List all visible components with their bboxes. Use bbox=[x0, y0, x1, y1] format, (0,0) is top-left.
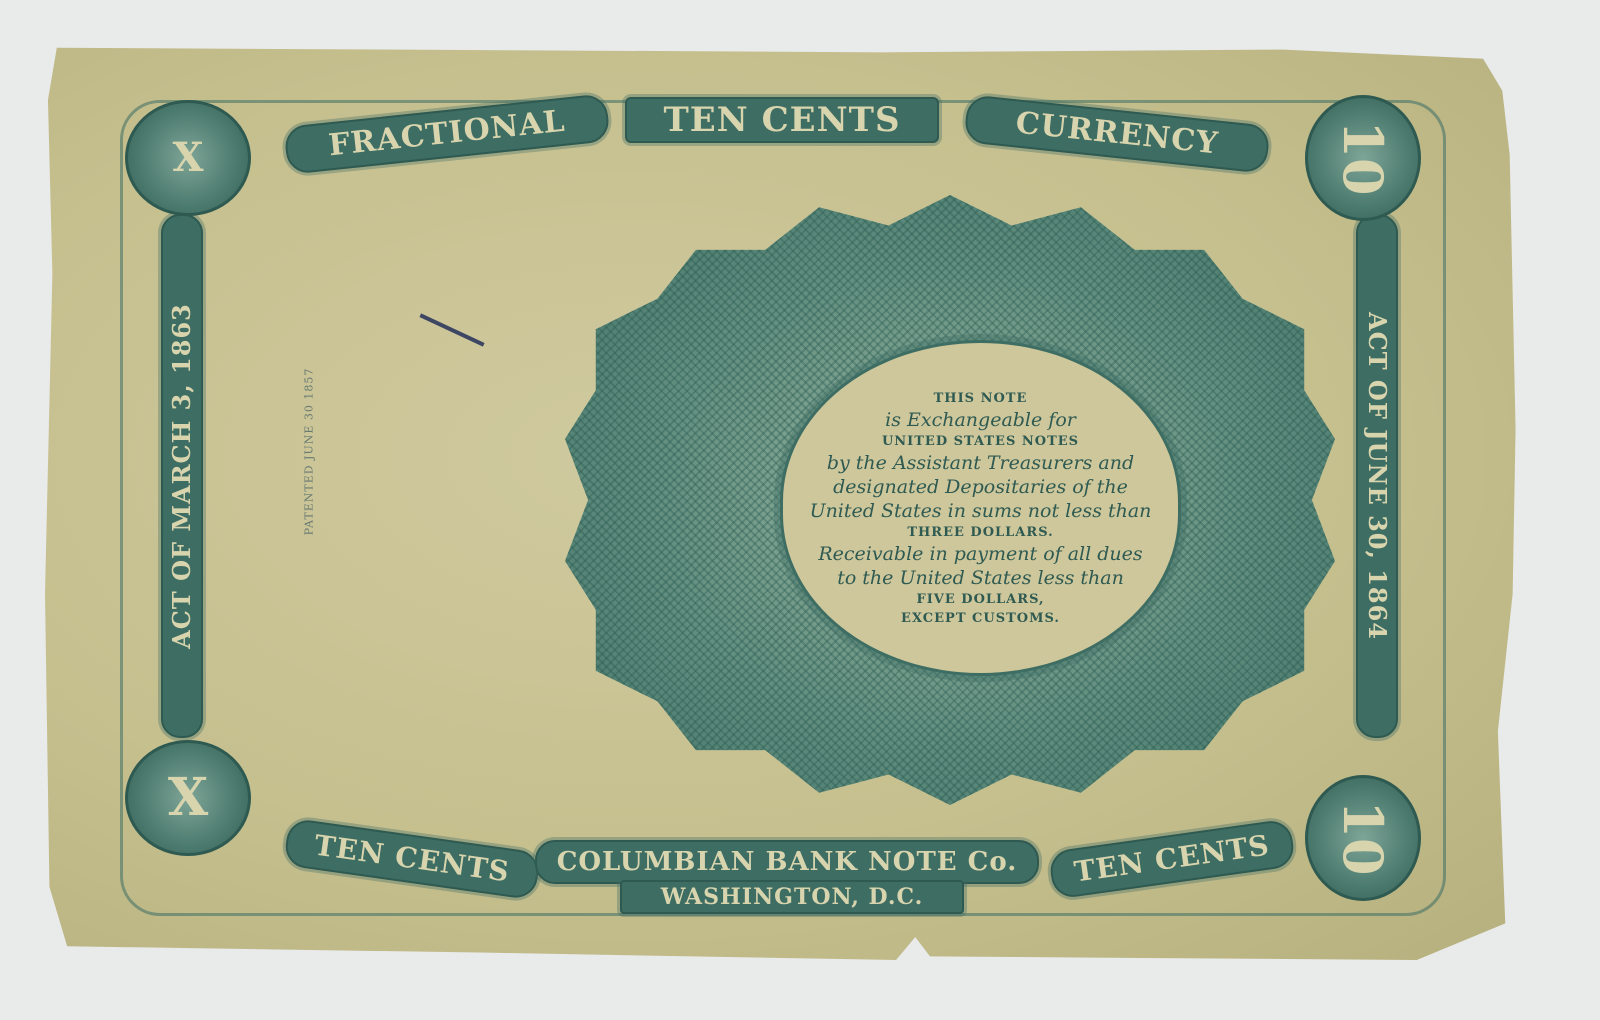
cartouche-line: Receivable in payment of all dues bbox=[818, 543, 1142, 565]
patent-stamp: PATENTED JUNE 30 1857 bbox=[302, 368, 315, 536]
corner-10-bottom: 10 bbox=[1305, 775, 1421, 901]
corner-x-bottom: X bbox=[125, 740, 251, 856]
city-band: WASHINGTON, D.C. bbox=[620, 880, 964, 914]
corner-10-top: 10 bbox=[1305, 95, 1421, 221]
center-cartouche: THIS NOTE is Exchangeable for UNITED STA… bbox=[780, 340, 1181, 676]
cartouche-line: is Exchangeable for bbox=[885, 409, 1076, 431]
cartouche-line: to the United States less than bbox=[837, 567, 1124, 589]
left-act-band: ACT OF MARCH 3, 1863 bbox=[161, 214, 203, 738]
banknote: THIS NOTE is Exchangeable for UNITED STA… bbox=[45, 45, 1520, 960]
cartouche-line: UNITED STATES NOTES bbox=[882, 434, 1079, 449]
cartouche-line: THREE DOLLARS. bbox=[907, 525, 1053, 540]
cartouche-line: designated Depositaries of the bbox=[833, 476, 1128, 498]
right-act-band: ACT OF JUNE 30, 1864 bbox=[1356, 214, 1398, 738]
printer-band: COLUMBIAN BANK NOTE Co. bbox=[535, 840, 1039, 884]
cartouche-heading: THIS NOTE bbox=[934, 391, 1028, 406]
cartouche-line: by the Assistant Treasurers and bbox=[827, 452, 1134, 474]
cartouche-line: EXCEPT CUSTOMS. bbox=[901, 611, 1060, 626]
cartouche-line: FIVE DOLLARS, bbox=[916, 592, 1044, 607]
cartouche-line: United States in sums not less than bbox=[810, 500, 1152, 522]
corner-x-top: X bbox=[125, 100, 251, 216]
ten-cents-band: TEN CENTS bbox=[625, 97, 939, 143]
